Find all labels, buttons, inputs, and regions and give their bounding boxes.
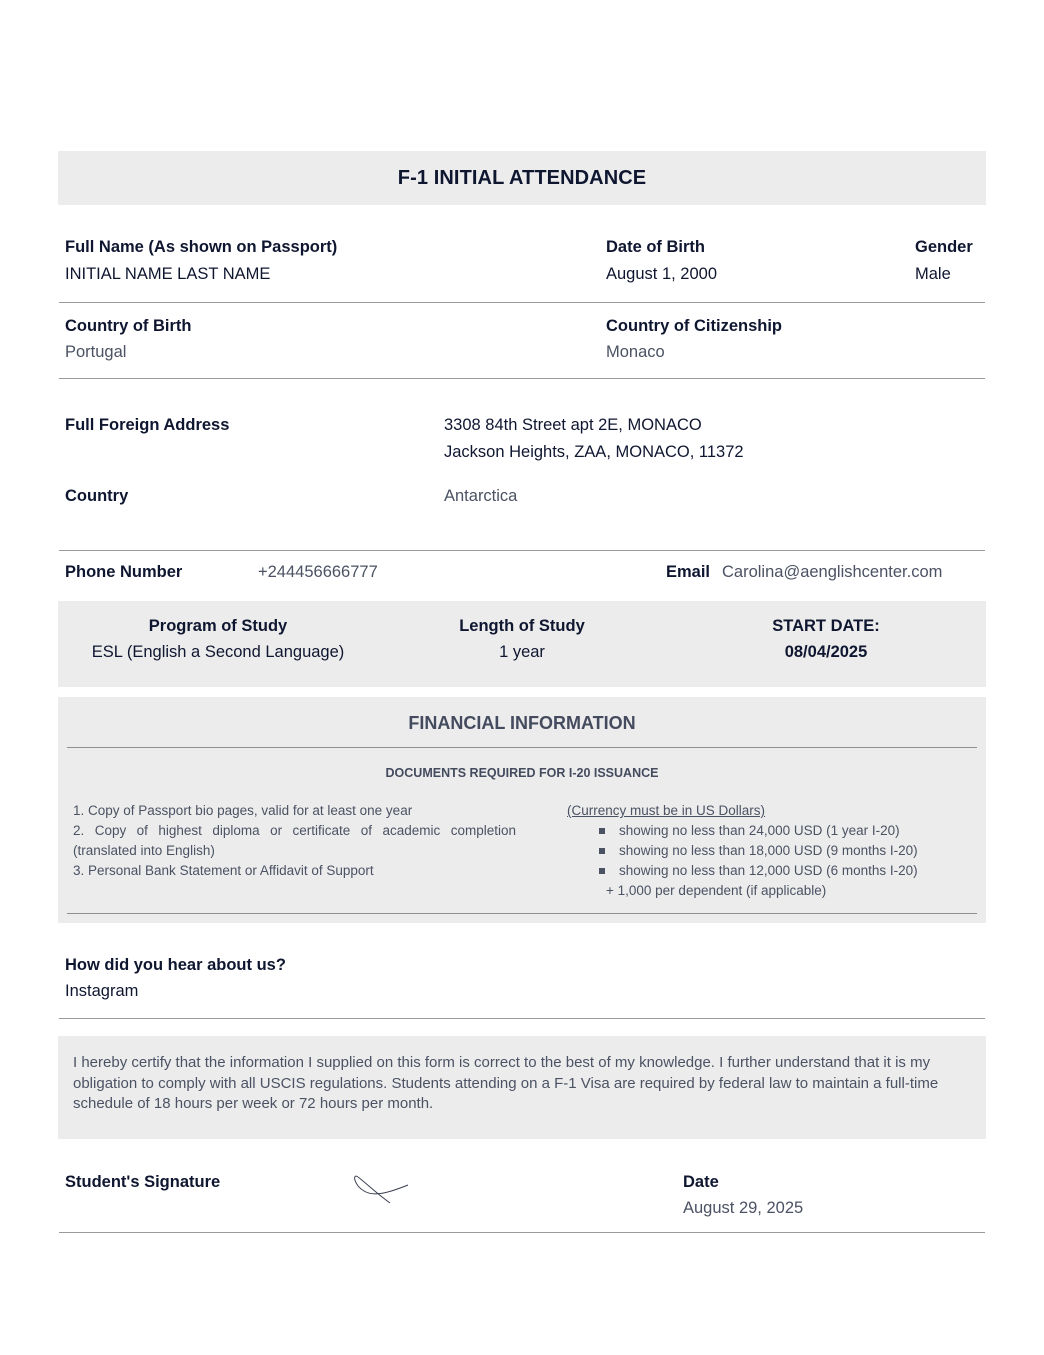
- date-value: August 29, 2025: [683, 1199, 803, 1218]
- start-date-value: 08/04/2025: [726, 643, 926, 662]
- signature-label: Student's Signature: [65, 1173, 220, 1192]
- financial-title: FINANCIAL INFORMATION: [58, 713, 986, 734]
- address-line-2: Jackson Heights, ZAA, MONACO, 11372: [444, 443, 744, 462]
- program-value: ESL (English a Second Language): [58, 643, 378, 662]
- divider: [59, 1018, 985, 1019]
- requirement-item: showing no less than 18,000 USD (9 month…: [567, 841, 967, 861]
- divider: [67, 747, 977, 748]
- requirement-list: showing no less than 24,000 USD (1 year …: [567, 821, 967, 881]
- date-label: Date: [683, 1173, 719, 1192]
- divider: [59, 302, 985, 303]
- referral-value: Instagram: [65, 982, 138, 1001]
- document-item: 3. Personal Bank Statement or Affidavit …: [73, 861, 516, 881]
- f1-form: F-1 INITIAL ATTENDANCE Full Name (As sho…: [58, 151, 986, 205]
- divider: [59, 550, 985, 551]
- length-value: 1 year: [422, 643, 622, 662]
- program-section: Program of Study ESL (English a Second L…: [58, 601, 986, 687]
- currency-requirements: (Currency must be in US Dollars) showing…: [567, 801, 967, 901]
- address-line-1: 3308 84th Street apt 2E, MONACO: [444, 416, 702, 435]
- requirement-item: showing no less than 12,000 USD (6 month…: [567, 861, 967, 881]
- documents-title: DOCUMENTS REQUIRED FOR I-20 ISSUANCE: [58, 766, 986, 780]
- country-label: Country: [65, 487, 128, 506]
- certification-text: I hereby certify that the information I …: [73, 1053, 975, 1115]
- currency-note: (Currency must be in US Dollars): [567, 801, 967, 821]
- form-title: F-1 INITIAL ATTENDANCE: [398, 167, 647, 190]
- start-date-label: START DATE:: [726, 617, 926, 636]
- dependent-note: + 1,000 per dependent (if applicable): [567, 881, 967, 901]
- document-item: 2. Copy of highest diploma or certificat…: [73, 821, 516, 861]
- citizenship-value: Monaco: [606, 343, 665, 362]
- dob-label: Date of Birth: [606, 238, 705, 257]
- divider: [59, 1232, 985, 1233]
- full-name-value: INITIAL NAME LAST NAME: [65, 265, 270, 284]
- program-label: Program of Study: [58, 617, 378, 636]
- certification-section: I hereby certify that the information I …: [58, 1036, 986, 1139]
- address-label: Full Foreign Address: [65, 416, 229, 435]
- email-label: Email: [666, 563, 710, 582]
- divider: [59, 378, 985, 379]
- email-value: Carolina@aenglishcenter.com: [722, 563, 942, 582]
- gender-value: Male: [915, 265, 951, 284]
- country-of-birth-value: Portugal: [65, 343, 126, 362]
- citizenship-label: Country of Citizenship: [606, 317, 782, 336]
- form-header: F-1 INITIAL ATTENDANCE: [58, 151, 986, 205]
- signature-icon: [350, 1171, 416, 1211]
- dob-value: August 1, 2000: [606, 265, 717, 284]
- phone-label: Phone Number: [65, 563, 182, 582]
- requirement-item: showing no less than 24,000 USD (1 year …: [567, 821, 967, 841]
- gender-label: Gender: [915, 238, 973, 257]
- referral-label: How did you hear about us?: [65, 956, 286, 975]
- country-of-birth-label: Country of Birth: [65, 317, 191, 336]
- document-item: 1. Copy of Passport bio pages, valid for…: [73, 801, 516, 821]
- country-value: Antarctica: [444, 487, 517, 506]
- length-label: Length of Study: [422, 617, 622, 636]
- phone-value: +244456666777: [258, 563, 378, 582]
- documents-list: 1. Copy of Passport bio pages, valid for…: [73, 801, 516, 881]
- full-name-label: Full Name (As shown on Passport): [65, 238, 337, 257]
- financial-section: FINANCIAL INFORMATION DOCUMENTS REQUIRED…: [58, 697, 986, 923]
- divider: [67, 913, 977, 914]
